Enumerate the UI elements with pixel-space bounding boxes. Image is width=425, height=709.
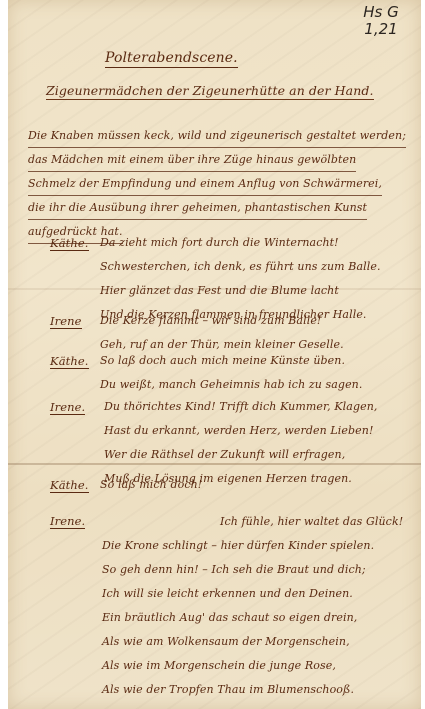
verse-line: Du weißt, manch Geheimnis hab ich zu sag… [100,373,362,397]
verse-line: So laß doch auch mich meine Künste üben. [100,349,362,373]
verse-line: Ein bräutlich Aug' das schaut so eigen d… [102,606,374,630]
verse-line: So laß mich doch! [100,473,202,497]
verse-line: Wer die Räthsel der Zukunft will erfrage… [104,443,377,467]
manuscript-page: Hs G 1,21 Polterabendscene. Zigeunermädc… [8,0,421,709]
stage-direction-line: Schmelz der Empfindung und einem Anflug … [28,172,382,196]
verse-line: Schwesterchen, ich denk, es führt uns zu… [100,255,381,279]
verse-line: Ich will sie leicht erkennen und den Dei… [102,582,374,606]
shelfmark-line-1: Hs G [351,4,411,21]
scene-title: Polterabendscene. [105,50,238,68]
stage-direction-line: die ihr die Ausübung ihrer geheimen, pha… [28,196,367,220]
stage-direction-line: Die Knaben müssen keck, wild und zigeune… [28,124,406,148]
verse-line: So geh denn hin! – Ich seh die Braut und… [102,558,374,582]
verse-line: Ich fühle, hier waltet das Glück! [220,510,403,534]
verse-line: Da zieht mich fort durch die Winternacht… [100,231,381,255]
verse-line: Die Krone schlingt – hier dürfen Kinder … [102,534,374,558]
speaker-label: Irene. [50,400,85,415]
verse-line: Hier glänzet das Fest und die Blume lach… [100,279,381,303]
verse-lines: Die Krone schlingt – hier dürfen Kinder … [102,534,374,702]
speaker-label: Käthe. [50,478,89,493]
stage-direction: Die Knaben müssen keck, wild und zigeune… [28,124,421,244]
verse-first-line: Ich fühle, hier waltet das Glück! [220,510,403,534]
shelfmark: Hs G 1,21 [351,4,411,38]
verse-line: Als wie im Morgenschein die junge Rose, [102,654,374,678]
speaker-label: Irene [50,314,82,329]
speaker-label: Käthe. [50,354,89,369]
verse-lines: So laß doch auch mich meine Künste üben.… [100,349,362,397]
stage-direction-line: das Mädchen mit einem über ihre Züge hin… [28,148,356,172]
verse-line: Hast du erkannt, werden Herz, werden Lie… [104,419,377,443]
speaker-label: Käthe. [50,236,89,251]
shelfmark-line-2: 1,21 [351,21,411,38]
speaker-label: Irene. [50,514,85,529]
verse-line: Als wie der Tropfen Thau im Blumenschooß… [102,678,374,702]
verse-line: Du thörichtes Kind! Trifft dich Kummer, … [104,395,377,419]
verse-line: Als wie am Wolkensaum der Morgenschein, [102,630,374,654]
verse-line: Die Kerze flammt – wir sind zum Balle! [100,309,344,333]
verse-lines: So laß mich doch! [100,473,202,497]
scene-subtitle: Zigeunermädchen der Zigeunerhütte an der… [46,83,374,100]
